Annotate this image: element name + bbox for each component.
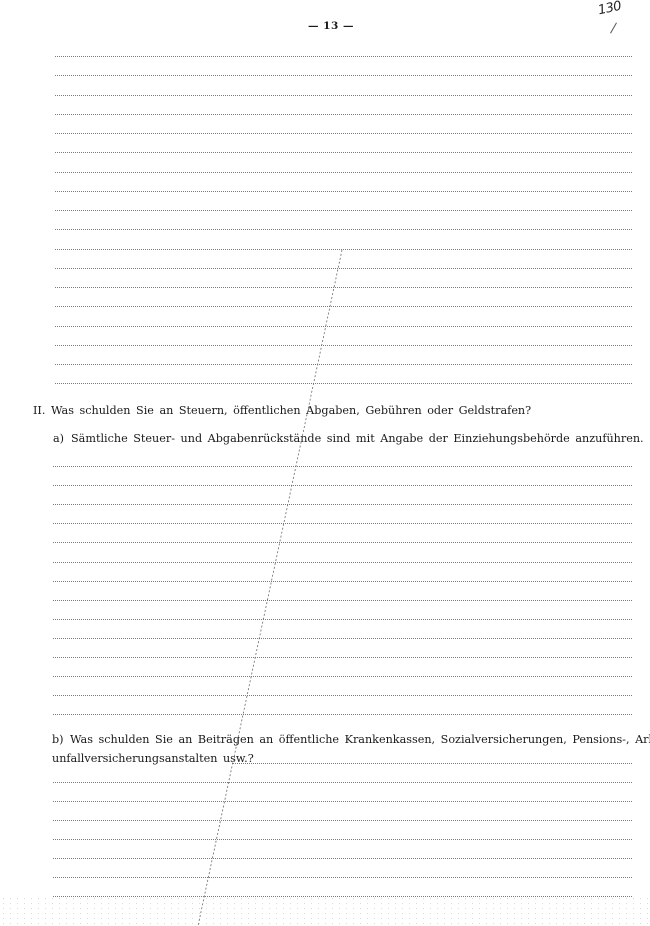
subquestion-a: a)Sämtliche Steuer- und Abgabenrückständ… bbox=[53, 432, 644, 445]
subquestion-a-text: Sämtliche Steuer- und Abgabenrückstände … bbox=[71, 432, 644, 445]
answer-line[interactable] bbox=[55, 287, 632, 288]
answer-line[interactable] bbox=[53, 466, 632, 467]
answer-line[interactable] bbox=[55, 75, 632, 76]
answer-line[interactable] bbox=[53, 714, 632, 715]
answer-line[interactable] bbox=[55, 364, 632, 365]
answer-line[interactable] bbox=[55, 172, 632, 173]
answer-line[interactable] bbox=[55, 383, 632, 384]
section-number: II. bbox=[33, 404, 51, 417]
answer-line[interactable] bbox=[55, 191, 632, 192]
answer-line[interactable] bbox=[55, 268, 632, 269]
answer-line[interactable] bbox=[53, 676, 632, 677]
answer-line[interactable] bbox=[53, 877, 632, 878]
answer-line[interactable] bbox=[55, 229, 632, 230]
answer-line[interactable] bbox=[53, 619, 632, 620]
subquestion-a-label: a) bbox=[53, 432, 71, 445]
answer-line[interactable] bbox=[53, 638, 632, 639]
form-page: — 13 — 130 II.Was schulden Sie an Steuer… bbox=[0, 0, 650, 926]
answer-line[interactable] bbox=[55, 56, 632, 57]
handwritten-folio-number: 130 bbox=[597, 0, 623, 18]
answer-line[interactable] bbox=[53, 695, 632, 696]
answer-line[interactable] bbox=[53, 782, 632, 783]
answer-line[interactable] bbox=[55, 249, 632, 250]
answer-line[interactable] bbox=[55, 210, 632, 211]
answer-line[interactable] bbox=[55, 152, 632, 153]
subquestion-b-label: b) bbox=[52, 733, 70, 746]
section-question: Was schulden Sie an Steuern, öffentliche… bbox=[51, 404, 531, 417]
answer-line[interactable] bbox=[55, 345, 632, 346]
answer-line[interactable] bbox=[55, 306, 632, 307]
answer-line[interactable] bbox=[53, 858, 632, 859]
answer-line[interactable] bbox=[53, 600, 632, 601]
subquestion-b-text-line2: unfallversicherungsanstalten usw.? bbox=[52, 752, 254, 765]
answer-line[interactable] bbox=[53, 801, 632, 802]
scan-noise bbox=[0, 896, 650, 926]
answer-line[interactable] bbox=[53, 523, 632, 524]
answer-line[interactable] bbox=[53, 657, 632, 658]
answer-line[interactable] bbox=[55, 114, 632, 115]
section-heading: II.Was schulden Sie an Steuern, öffentli… bbox=[33, 404, 531, 417]
subquestion-b: b)Was schulden Sie an Beiträgen an öffen… bbox=[52, 733, 650, 746]
subquestion-b-text-line1: Was schulden Sie an Beiträgen an öffentl… bbox=[70, 733, 650, 746]
answer-line[interactable] bbox=[55, 326, 632, 327]
answer-line[interactable] bbox=[53, 581, 632, 582]
answer-line[interactable] bbox=[53, 562, 632, 563]
answer-line[interactable] bbox=[53, 839, 632, 840]
answer-line[interactable] bbox=[53, 485, 632, 486]
subquestion-b-continuation: unfallversicherungsanstalten usw.? bbox=[52, 752, 254, 765]
answer-line[interactable] bbox=[55, 95, 632, 96]
answer-line[interactable] bbox=[53, 820, 632, 821]
page-number: — 13 — bbox=[6, 20, 650, 32]
answer-line[interactable] bbox=[53, 504, 632, 505]
answer-line[interactable] bbox=[53, 542, 632, 543]
answer-line-b-inline[interactable] bbox=[232, 763, 632, 764]
paper-crease bbox=[0, 0, 650, 926]
answer-line[interactable] bbox=[55, 133, 632, 134]
